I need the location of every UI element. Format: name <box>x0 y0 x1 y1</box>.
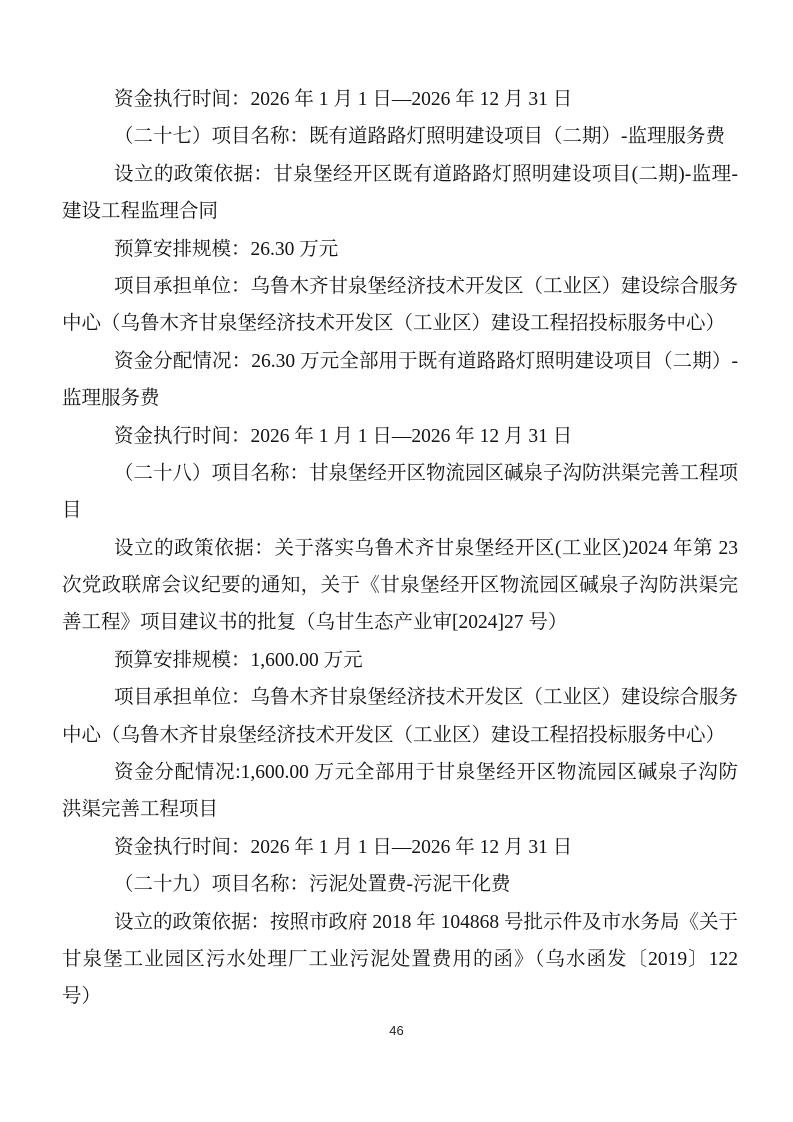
paragraph-line: 中心（乌鲁木齐甘泉堡经济技术开发区（工业区）建设工程招投标服务中心） <box>62 305 738 342</box>
paragraph-line: 设立的政策依据：甘泉堡经开区既有道路路灯照明建设项目(二期)-监理- <box>62 156 738 193</box>
page-number: 46 <box>0 1022 793 1040</box>
paragraph-line: 项目承担单位：乌鲁木齐甘泉堡经济技术开发区（工业区）建设综合服务 <box>62 268 738 305</box>
paragraph-line: 项目承担单位：乌鲁木齐甘泉堡经济技术开发区（工业区）建设综合服务 <box>62 679 738 716</box>
paragraph-line: （二十七）项目名称：既有道路路灯照明建设项目（二期）-监理服务费 <box>62 118 738 155</box>
paragraph-line: （二十八）项目名称：甘泉堡经开区物流园区碱泉子沟防洪渠完善工程项 <box>62 455 738 492</box>
paragraph-line: 善工程》项目建议书的批复（乌甘生态产业审[2024]27 号） <box>62 604 738 641</box>
paragraph-line: 甘泉堡工业园区污水处理厂工业污泥处置费用的函》（乌水函发〔2019〕122 <box>62 941 738 978</box>
paragraph-line: 资金分配情况：26.30 万元全部用于既有道路路灯照明建设项目（二期）- <box>62 343 738 380</box>
paragraph-line: 号） <box>62 978 738 1015</box>
paragraph-line: 预算安排规模：26.30 万元 <box>62 231 738 268</box>
document-body: 资金执行时间：2026 年 1 月 1 日—2026 年 12 月 31 日 （… <box>62 81 738 1016</box>
paragraph-line: 监理服务费 <box>62 380 738 417</box>
paragraph-line: 设立的政策依据：按照市政府 2018 年 104868 号批示件及市水务局《关于 <box>62 904 738 941</box>
paragraph-line: 资金执行时间：2026 年 1 月 1 日—2026 年 12 月 31 日 <box>62 418 738 455</box>
document-page: 资金执行时间：2026 年 1 月 1 日—2026 年 12 月 31 日 （… <box>0 0 793 1122</box>
paragraph-line: 资金执行时间：2026 年 1 月 1 日—2026 年 12 月 31 日 <box>62 829 738 866</box>
paragraph-line: 资金分配情况:1,600.00 万元全部用于甘泉堡经开区物流园区碱泉子沟防 <box>62 754 738 791</box>
paragraph-line: 建设工程监理合同 <box>62 193 738 230</box>
paragraph-line: 资金执行时间：2026 年 1 月 1 日—2026 年 12 月 31 日 <box>62 81 738 118</box>
paragraph-line: 预算安排规模：1,600.00 万元 <box>62 642 738 679</box>
paragraph-line: 目 <box>62 492 738 529</box>
paragraph-line: 设立的政策依据：关于落实乌鲁术齐甘泉堡经开区(工业区)2024 年第 23 <box>62 530 738 567</box>
paragraph-line: 次党政联席会议纪要的通知，关于《甘泉堡经开区物流园区碱泉子沟防洪渠完 <box>62 567 738 604</box>
paragraph-line: （二十九）项目名称：污泥处置费-污泥干化费 <box>62 866 738 903</box>
paragraph-line: 中心（乌鲁木齐甘泉堡经济技术开发区（工业区）建设工程招投标服务中心） <box>62 717 738 754</box>
paragraph-line: 洪渠完善工程项目 <box>62 791 738 828</box>
